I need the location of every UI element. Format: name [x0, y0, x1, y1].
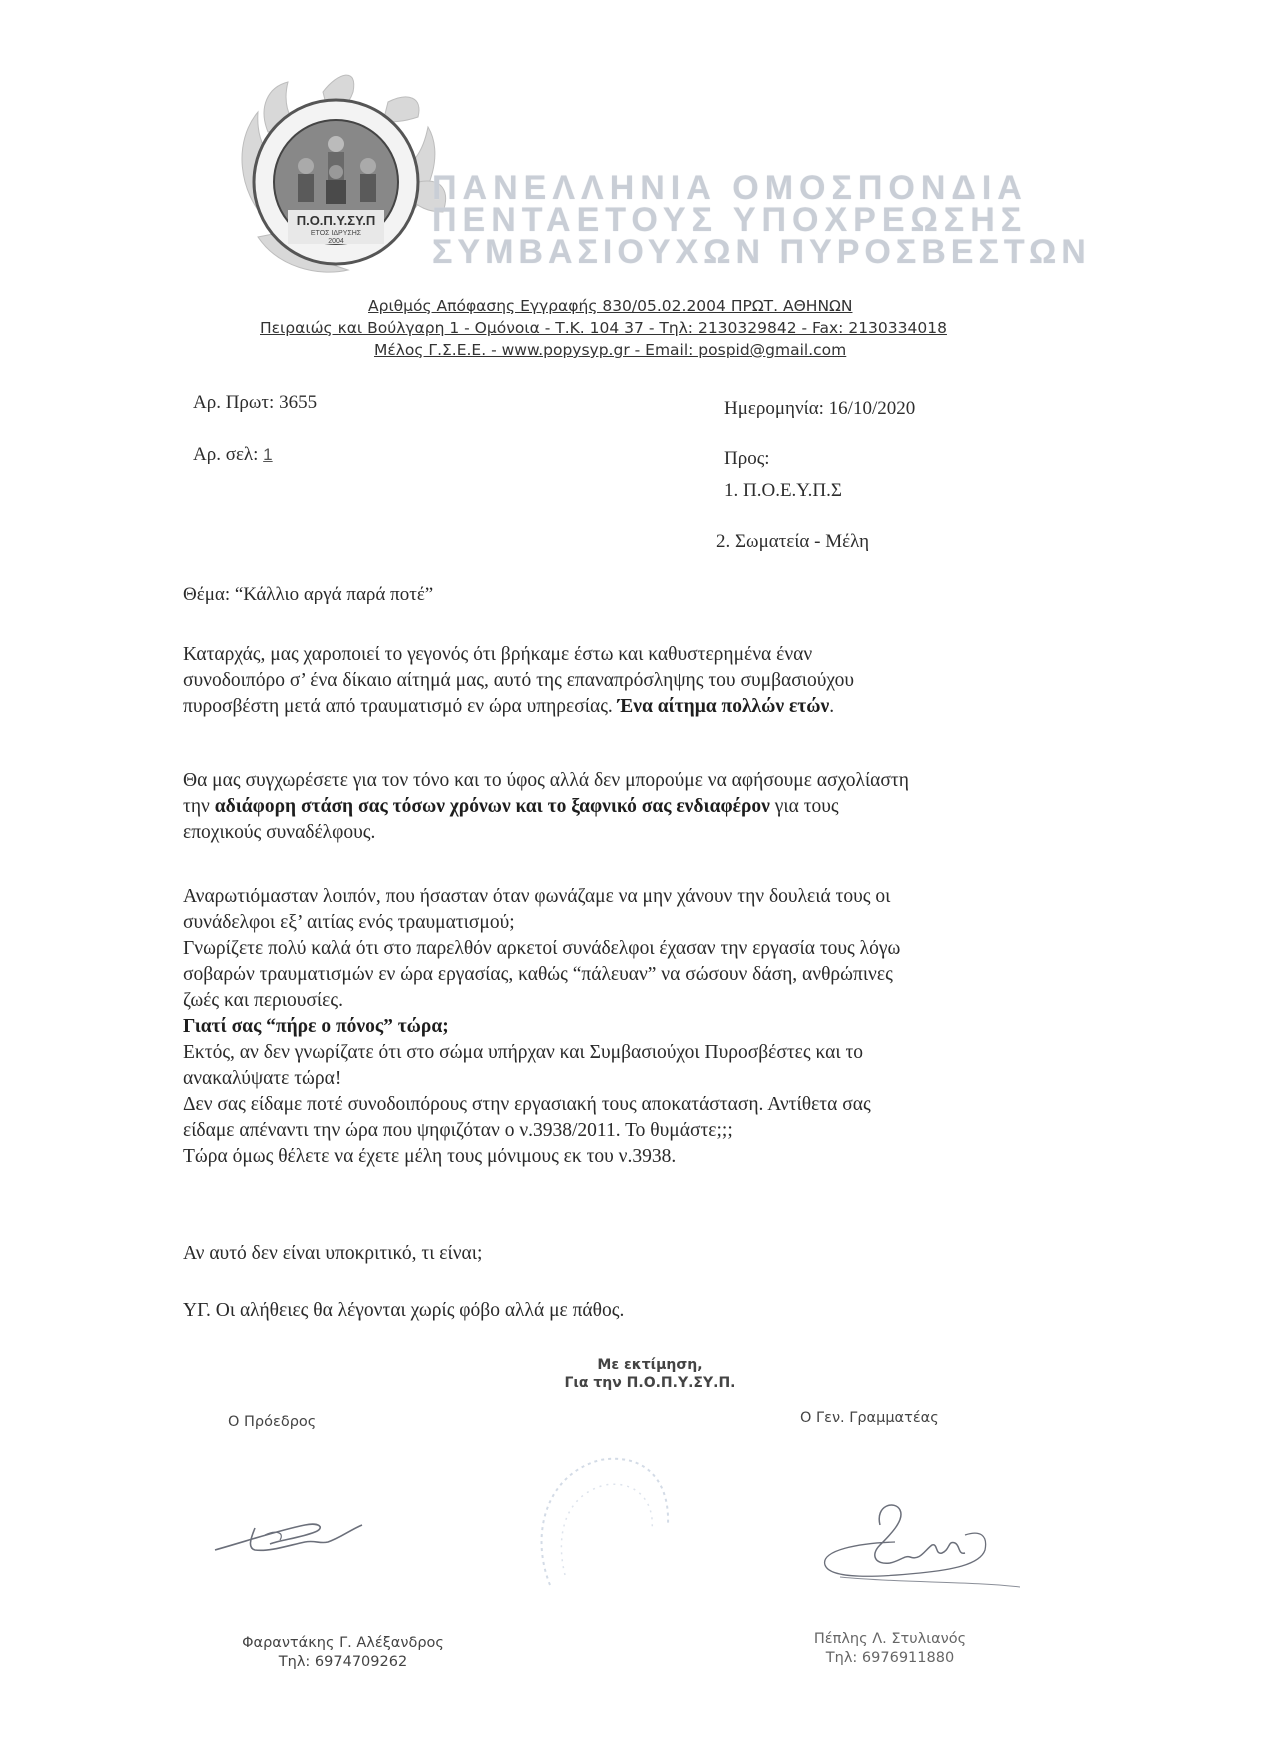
text-line: Εκτός, αν δεν γνωρίζατε ότι στο σώμα υπή…: [183, 1040, 1083, 1066]
text-line: ανακαλύψατε τώρα!: [183, 1066, 1083, 1092]
closing-org: Για την Π.Ο.Π.Υ.ΣΥ.Π.: [540, 1374, 760, 1392]
text-line: συνάδελφοι εξ’ αιτίας ενός τραυματισμού;: [183, 910, 1083, 936]
text-line: εποχικούς συναδέλφους.: [183, 820, 1083, 846]
paragraph-3: Αναρωτιόμασταν λοιπόν, που ήσασταν όταν …: [183, 884, 1083, 1170]
paragraph-4: Αν αυτό δεν είναι υποκριτικό, τι είναι;: [183, 1241, 1083, 1267]
page-count: Αρ. σελ: 1: [193, 444, 273, 466]
emphasis: αδιάφορη στάση σας τόσων χρόνων και το ξ…: [215, 796, 770, 817]
text-line: πυροσβέστη μετά από τραυματισμό εν ώρα υ…: [183, 694, 1083, 720]
org-name-line-3: ΣΥΜΒΑΣΙΟΥΧΩΝ ΠΥΡΟΣΒΕΣΤΩΝ: [432, 236, 1052, 268]
text-line: Αναρωτιόμασταν λοιπόν, που ήσασταν όταν …: [183, 884, 1083, 910]
organization-name: ΠΑΝΕΛΛΗΝΙΑ ΟΜΟΣΠΟΝΔΙΑ ΠΕΝΤΑΕΤΟΥΣ ΥΠΟΧΡΕΩ…: [432, 172, 1052, 268]
logo-abbreviation: Π.Ο.Π.Υ.ΣΥ.Π: [297, 213, 376, 228]
text-line: Γνωρίζετε πολύ καλά ότι στο παρελθόν αρκ…: [183, 936, 1083, 962]
text-line: Τώρα όμως θέλετε να έχετε μέλη τους μόνι…: [183, 1144, 1083, 1170]
emphasis: Ένα αίτημα πολλών ετών: [618, 696, 830, 717]
page-count-label: Αρ. σελ:: [193, 444, 258, 465]
registration-number-line: Αριθμός Απόφασης Εγγραφής 830/05.02.2004…: [368, 296, 852, 317]
text-line: Καταρχάς, μας χαροποιεί το γεγονός ότι β…: [183, 642, 1083, 668]
president-phone: Τηλ: 6974709262: [218, 1653, 468, 1672]
recipient-1: 1. Π.Ο.Ε.Υ.Π.Σ: [724, 480, 842, 502]
protocol-number: Αρ. Πρωτ: 3655: [193, 392, 317, 414]
text-line: ΥΓ. Οι αλήθειες θα λέγονται χωρίς φόβο α…: [183, 1298, 1083, 1324]
recipients-label: Προς:: [724, 448, 770, 470]
president-name: Φαραντάκης Γ. Αλέξανδρος: [218, 1634, 468, 1653]
paragraph-2: Θα μας συγχωρέσετε για τον τόνο και το ύ…: [183, 768, 1083, 846]
text-line: είδαμε απέναντι την ώρα που ψηφιζόταν ο …: [183, 1118, 1083, 1144]
secretary-name-block: Πέπλης Λ. Στυλιανός Τηλ: 6976911880: [780, 1630, 1000, 1668]
membership-web-email-line: Μέλος Γ.Σ.Ε.Ε. - www.popysyp.gr - Email:…: [374, 340, 846, 361]
svg-text:2004: 2004: [328, 238, 344, 245]
president-signature-icon: [210, 1500, 410, 1570]
union-seal-logo-icon: Π.Ο.Π.Υ.ΣΥ.Π ΕΤΟΣ ΙΔΡΥΣΗΣ 2004: [228, 72, 448, 277]
text-line: Γιατί σας “πήρε ο πόνος” τώρα;: [183, 1014, 1083, 1040]
text-line: την αδιάφορη στάση σας τόσων χρόνων και …: [183, 794, 1083, 820]
svg-text:ΕΤΟΣ ΙΔΡΥΣΗΣ: ΕΤΟΣ ΙΔΡΥΣΗΣ: [311, 230, 362, 237]
closing-block: Με εκτίμηση, Για την Π.Ο.Π.Υ.ΣΥ.Π.: [540, 1356, 760, 1392]
text-line: Δεν σας είδαμε ποτέ συνοδοιπόρους στην ε…: [183, 1092, 1083, 1118]
president-role: Ο Πρόεδρος: [228, 1414, 316, 1430]
page-count-value: 1: [263, 445, 272, 464]
president-name-block: Φαραντάκης Γ. Αλέξανδρος Τηλ: 6974709262: [218, 1634, 468, 1672]
closing-salutation: Με εκτίμηση,: [540, 1356, 760, 1374]
postscript: ΥΓ. Οι αλήθειες θα λέγονται χωρίς φόβο α…: [183, 1298, 1083, 1324]
document-date: Ημερομηνία: 16/10/2020: [724, 398, 915, 420]
emphasis: Γιατί σας “πήρε ο πόνος” τώρα;: [183, 1016, 449, 1037]
subject-line: Θέμα: “Κάλλιο αργά παρά ποτέ”: [183, 584, 433, 606]
secretary-signature-icon: [820, 1495, 1020, 1605]
text-line: σοβαρών τραυματισμών εν ώρα εργασίας, κα…: [183, 962, 1083, 988]
text-line: Αν αυτό δεν είναι υποκριτικό, τι είναι;: [183, 1241, 1083, 1267]
org-name-line-2: ΠΕΝΤΑΕΤΟΥΣ ΥΠΟΧΡΕΩΣΗΣ: [432, 204, 1052, 236]
paragraph-1: Καταρχάς, μας χαροποιεί το γεγονός ότι β…: [183, 642, 1083, 720]
secretary-name: Πέπλης Λ. Στυλιανός: [780, 1630, 1000, 1649]
official-stamp-icon: [520, 1445, 690, 1595]
recipient-2: 2. Σωματεία - Μέλη: [716, 531, 869, 553]
secretary-phone: Τηλ: 6976911880: [780, 1649, 1000, 1668]
address-phone-line: Πειραιώς και Βούλγαρη 1 - Ομόνοια - Τ.Κ.…: [260, 318, 947, 339]
text-line: συνοδοιπόρο σ’ ένα δίκαιο αίτημά μας, αυ…: [183, 668, 1083, 694]
text-line: Θα μας συγχωρέσετε για τον τόνο και το ύ…: [183, 768, 1083, 794]
org-name-line-1: ΠΑΝΕΛΛΗΝΙΑ ΟΜΟΣΠΟΝΔΙΑ: [432, 172, 1052, 204]
text-line: ζωές και περιουσίες.: [183, 988, 1083, 1014]
secretary-role: Ο Γεν. Γραμματέας: [800, 1410, 939, 1426]
